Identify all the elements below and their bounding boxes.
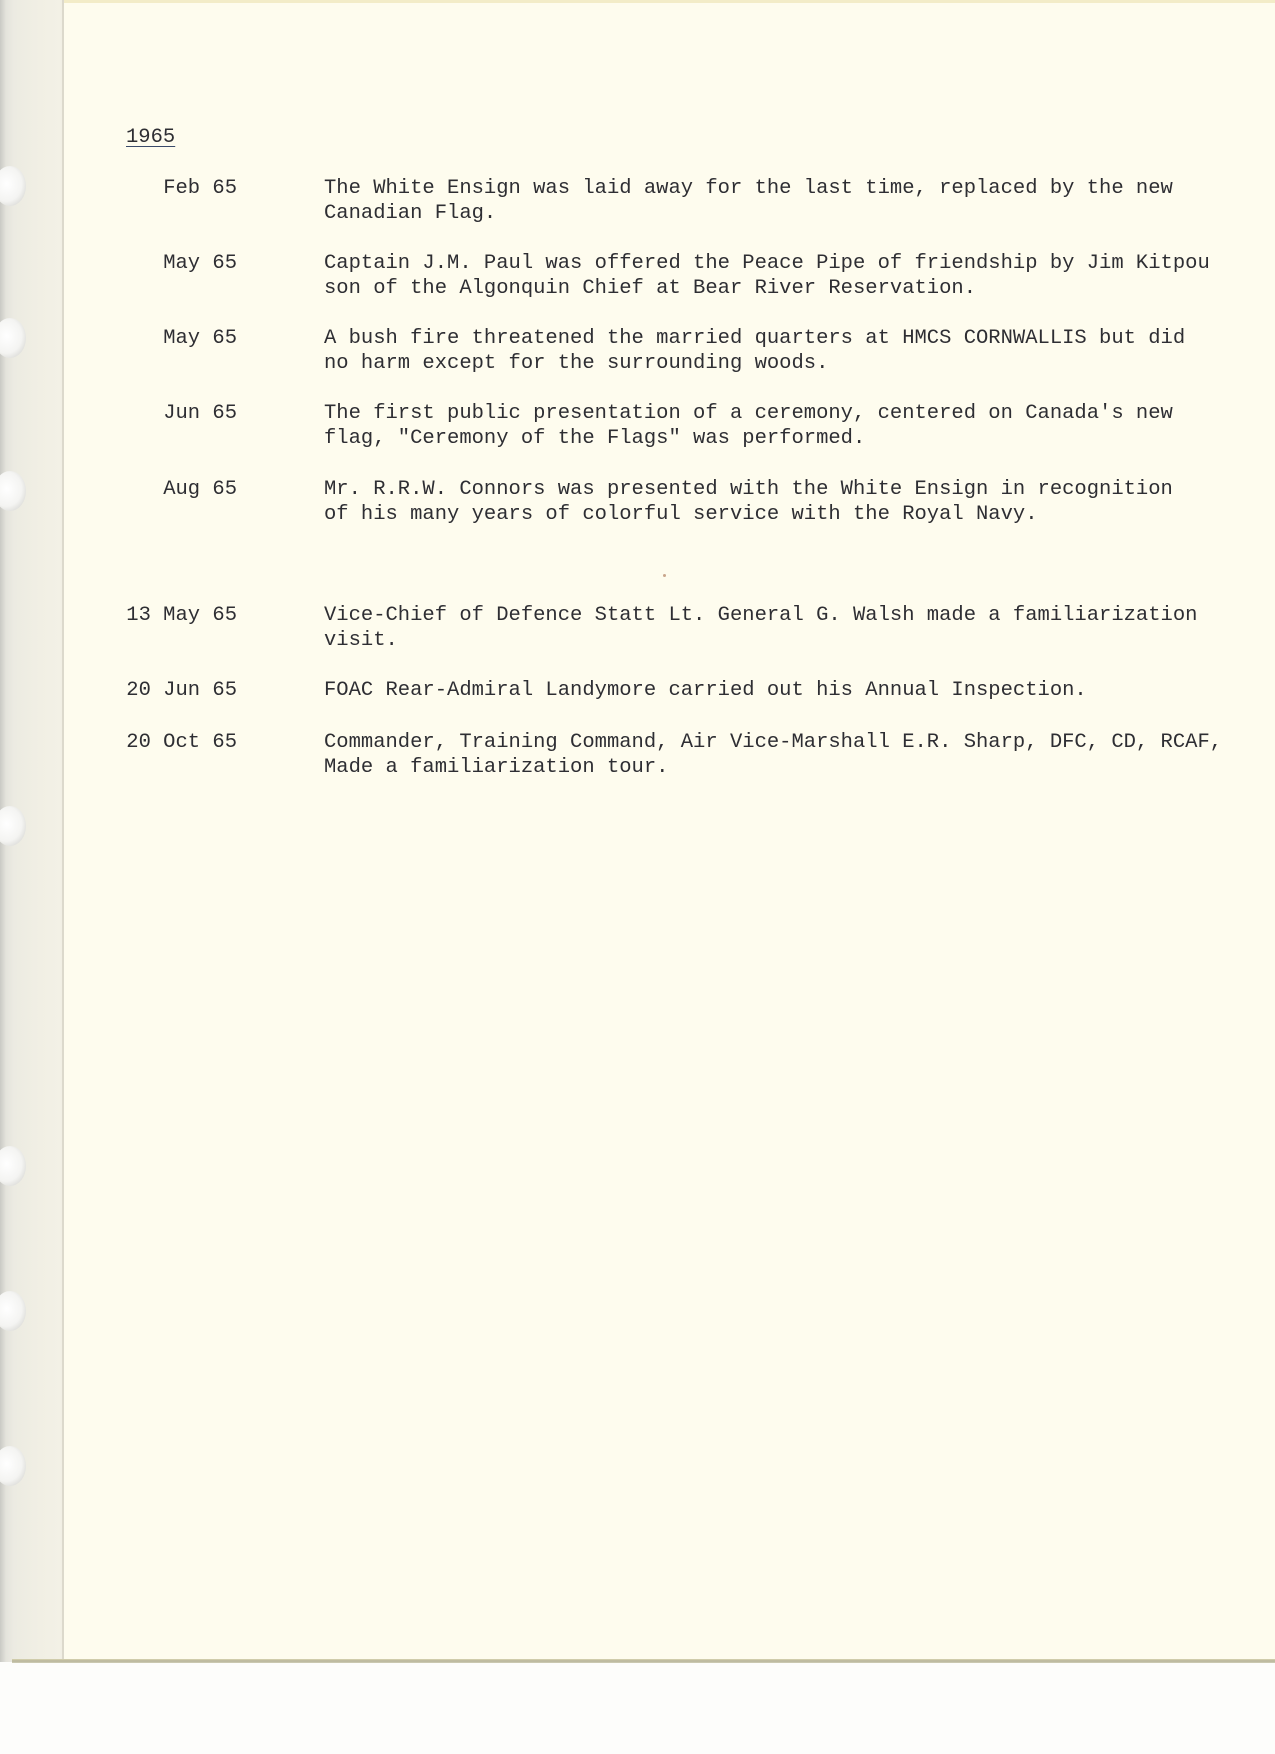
entry-description: The first public presentation of a cerem… xyxy=(324,401,1173,451)
entry-date: 20 Oct 65 xyxy=(126,730,237,755)
description-line: son of the Algonquin Chief at Bear River… xyxy=(324,276,1210,301)
paper-top-edge xyxy=(64,0,1275,3)
description-line: Commander, Training Command, Air Vice-Ma… xyxy=(324,730,1222,755)
description-line: A bush fire threatened the married quart… xyxy=(324,326,1185,351)
description-line: The first public presentation of a cerem… xyxy=(324,401,1173,426)
entry-date: May 65 xyxy=(163,326,237,351)
entry-description: Vice-Chief of Defence Statt Lt. General … xyxy=(324,603,1197,653)
entry-description: A bush fire threatened the married quart… xyxy=(324,326,1185,376)
paper-bottom-edge xyxy=(12,1659,1275,1663)
year-heading: 1965 xyxy=(126,125,175,150)
entry-date: Jun 65 xyxy=(163,401,237,426)
description-line: no harm except for the surrounding woods… xyxy=(324,351,1185,376)
description-line: Captain J.M. Paul was offered the Peace … xyxy=(324,251,1210,276)
description-line: visit. xyxy=(324,628,1197,653)
description-line: FOAC Rear-Admiral Landymore carried out … xyxy=(324,678,1087,703)
entry-description: Commander, Training Command, Air Vice-Ma… xyxy=(324,730,1222,780)
description-line: Made a familiarization tour. xyxy=(324,755,1222,780)
entry-date: Feb 65 xyxy=(163,176,237,201)
description-line: Canadian Flag. xyxy=(324,201,1173,226)
entry-date: 20 Jun 65 xyxy=(126,678,237,703)
description-line: Vice-Chief of Defence Statt Lt. General … xyxy=(324,603,1197,628)
description-line: The White Ensign was laid away for the l… xyxy=(324,176,1173,201)
entry-date: 13 May 65 xyxy=(126,603,237,628)
description-line: of his many years of colorful service wi… xyxy=(324,502,1173,527)
paper-page xyxy=(64,0,1275,1660)
entry-description: FOAC Rear-Admiral Landymore carried out … xyxy=(324,678,1087,703)
entry-description: The White Ensign was laid away for the l… xyxy=(324,176,1173,226)
entry-date: May 65 xyxy=(163,251,237,276)
entry-description: Mr. R.R.W. Connors was presented with th… xyxy=(324,477,1173,527)
description-line: Mr. R.R.W. Connors was presented with th… xyxy=(324,477,1173,502)
description-line: flag, "Ceremony of the Flags" was perfor… xyxy=(324,426,1173,451)
entry-date: Aug 65 xyxy=(163,477,237,502)
ink-speck xyxy=(663,574,666,577)
entry-description: Captain J.M. Paul was offered the Peace … xyxy=(324,251,1210,301)
